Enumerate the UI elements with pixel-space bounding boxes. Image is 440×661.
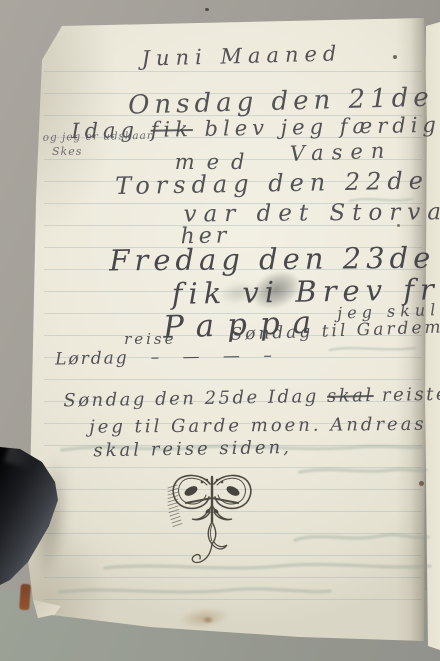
diary-photo: Juni Maaned Onsdag den 21de Idag Idag fi… — [0, 0, 440, 661]
binding-spot — [19, 584, 31, 611]
dust-speck — [419, 481, 424, 486]
handwriting-text: Lørdag — [55, 348, 129, 369]
dash-marks: – — — – — [150, 345, 281, 367]
handwriting-text: skal reise siden, — [93, 437, 292, 461]
dust-speck — [205, 8, 209, 11]
ink-ornament-stamp-icon — [166, 472, 258, 572]
dust-speck — [393, 55, 397, 59]
dust-speck — [397, 224, 400, 227]
